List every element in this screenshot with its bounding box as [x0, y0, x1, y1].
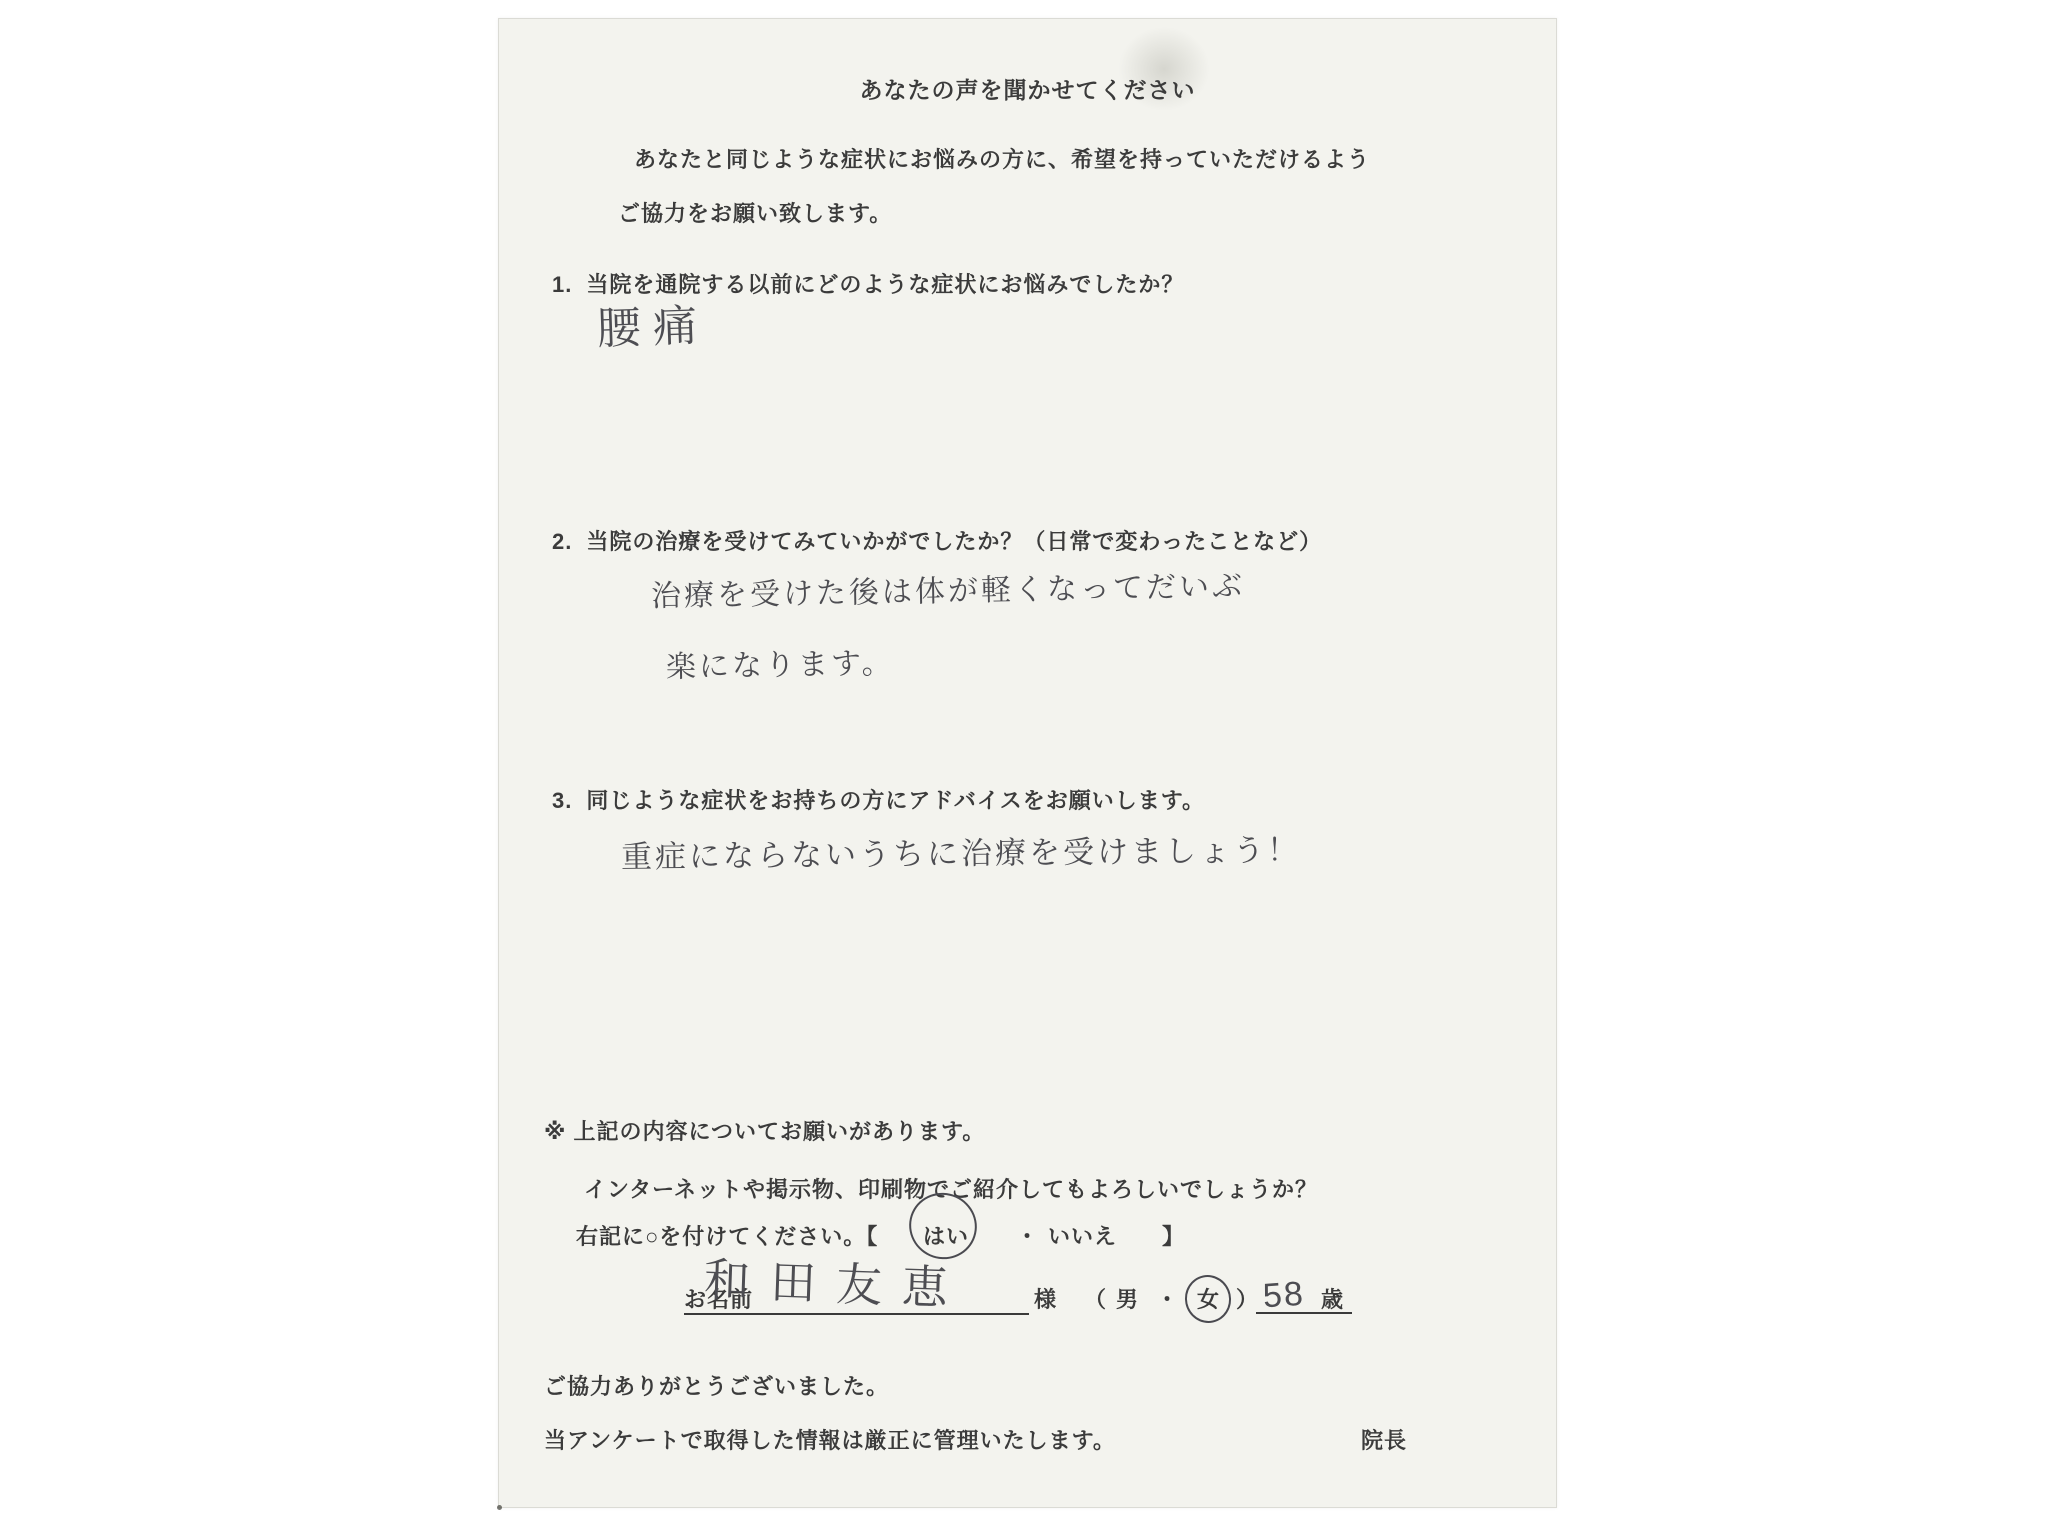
honorific-sama: 様 — [1034, 1286, 1057, 1314]
question-1-number: 1. — [552, 271, 572, 299]
scanned-survey-screenshot: { "title": "あなたの声を聞かせてください", "intro": { … — [0, 0, 2048, 1536]
gender-separator: ・ — [1156, 1286, 1179, 1314]
gender-male: 男 — [1116, 1286, 1139, 1314]
intro-line-2: ご協力をお願い致します。 — [618, 200, 892, 228]
intro-line-1: あなたと同じような症状にお悩みの方に、希望を持っていただけるよう — [634, 146, 1370, 174]
question-2-handwritten-answer-line-2: 楽になります。 — [666, 647, 895, 684]
question-3-handwritten-answer: 重症にならないうちに治療を受けましょう！ — [621, 833, 1301, 874]
gender-paren-close: ） — [1236, 1286, 1259, 1314]
consent-option-no: いいえ — [1048, 1223, 1117, 1251]
question-2-number: 2. — [552, 528, 572, 556]
consent-note: ※ 上記の内容についてお願いがあります。 — [544, 1118, 985, 1146]
question-2-handwritten-answer-line-1: 治療を受けた後は体が軽くなってだいぶ — [651, 570, 1245, 613]
handwritten-age: 58 — [1262, 1276, 1306, 1316]
form-title: あなたの声を聞かせてください — [499, 76, 1556, 105]
question-1-handwritten-answer: 腰痛 — [596, 302, 710, 354]
question-3: 3.同じような症状をお持ちの方にアドバイスをお願いします。 — [552, 787, 1205, 815]
consent-option-separator: ・ — [1016, 1223, 1039, 1251]
question-2: 2.当院の治療を受けてみていかがでしたか？（日常で変わったことなど） — [552, 528, 1322, 556]
age-suffix: 歳 — [1321, 1286, 1344, 1314]
scan-smudge-artifact — [1099, 9, 1229, 129]
gender-paren-open: （ — [1084, 1286, 1107, 1314]
director-label: 院長 — [1361, 1427, 1407, 1455]
question-3-number: 3. — [552, 787, 572, 815]
question-1-text: 当院を通院する以前にどのような症状にお悩みでしたか？ — [586, 272, 1184, 297]
name-underline — [684, 1313, 1029, 1315]
question-1: 1.当院を通院する以前にどのような症状にお悩みでしたか？ — [552, 271, 1184, 299]
question-2-text: 当院の治療を受けてみていかがでしたか？（日常で変わったことなど） — [586, 529, 1322, 554]
survey-paper: あなたの声を聞かせてください あなたと同じような症状にお悩みの方に、希望を持って… — [498, 18, 1557, 1508]
consent-bracket-close: 】 — [1162, 1223, 1185, 1251]
question-3-text: 同じような症状をお持ちの方にアドバイスをお願いします。 — [586, 788, 1205, 813]
scan-corner-artifact — [497, 1505, 502, 1510]
consent-instruction: 右記に○を付けてください。【 — [576, 1223, 878, 1251]
handwritten-name: 和田友恵 — [703, 1254, 969, 1314]
privacy-line: 当アンケートで取得した情報は厳正に管理いたします。 — [544, 1427, 1116, 1455]
thanks-line: ご協力ありがとうございました。 — [544, 1373, 889, 1401]
handwritten-circle-on-female — [1181, 1271, 1236, 1328]
